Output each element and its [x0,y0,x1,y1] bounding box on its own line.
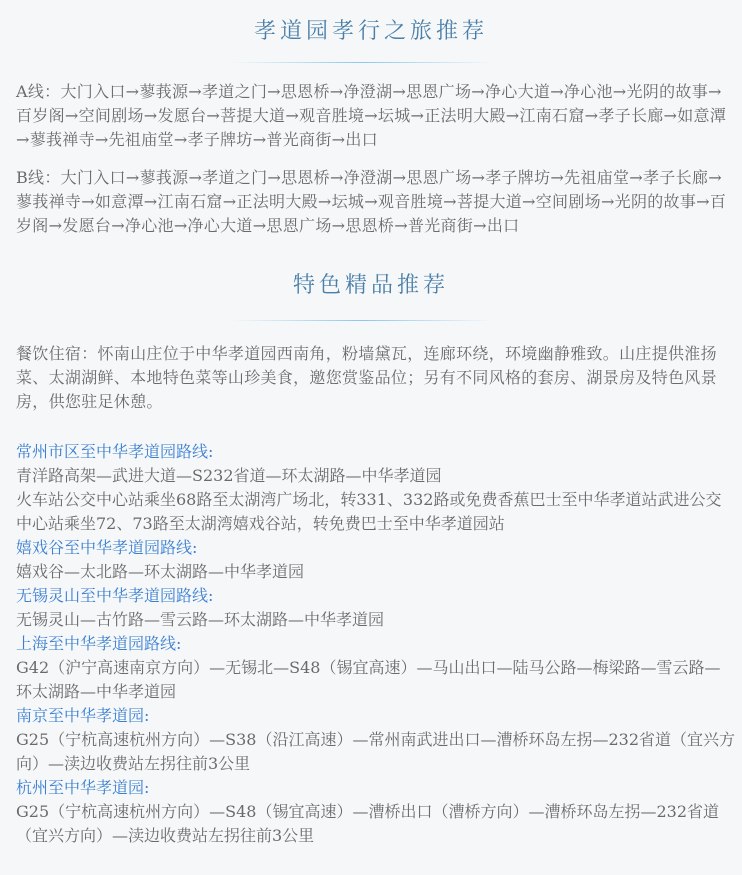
dining-info: 餐饮住宿：怀南山庄位于中华孝道园西南角，粉墙黛瓦，连廊环绕，环境幽静雅致。山庄提… [16,342,736,414]
route-heading: 上海至中华孝道园路线: [16,632,736,656]
route-line-a: A线：大门入口→蓼莪源→孝道之门→思恩桥→净澄湖→思恩广场→净心大道→净心池→光… [16,80,736,152]
divider [232,62,492,63]
route-text: 火车站公交中心站乘坐68路至太湖湾广场北，转331、332路或免费香蕉巴士至中华… [16,488,736,536]
section-title-tour: 孝道园孝行之旅推荐 [0,14,742,45]
route-text: 无锡灵山—古竹路—雪云路—环太湖路—中华孝道园 [16,608,736,632]
divider [232,320,492,321]
route-text: G25（宁杭高速杭州方向）—S48（锡宜高速）—漕桥出口（漕桥方向）—漕桥环岛左… [16,800,736,848]
route-heading: 杭州至中华孝道园: [16,776,736,800]
route-text: G25（宁杭高速杭州方向）—S38（沿江高速）—常州南武进出口—漕桥环岛左拐—2… [16,728,736,776]
route-text: 嬉戏谷—太北路—环太湖路—中华孝道园 [16,560,736,584]
route-text: 青洋路高架—武进大道—S232省道—环太湖路—中华孝道园 [16,464,736,488]
route-text: G42（沪宁高速南京方向）—无锡北—S48（锡宜高速）—马山出口—陆马公路—梅梁… [16,656,736,704]
route-heading: 南京至中华孝道园: [16,704,736,728]
section-title-featured: 特色精品推荐 [0,268,742,299]
route-heading: 无锡灵山至中华孝道园路线: [16,584,736,608]
route-heading: 常州市区至中华孝道园路线: [16,440,736,464]
route-heading: 嬉戏谷至中华孝道园路线: [16,536,736,560]
route-line-b: B线：大门入口→蓼莪源→孝道之门→思恩桥→净澄湖→思恩广场→孝子牌坊→先祖庙堂→… [16,166,736,238]
transport-routes: 常州市区至中华孝道园路线: 青洋路高架—武进大道—S232省道—环太湖路—中华孝… [16,440,736,848]
